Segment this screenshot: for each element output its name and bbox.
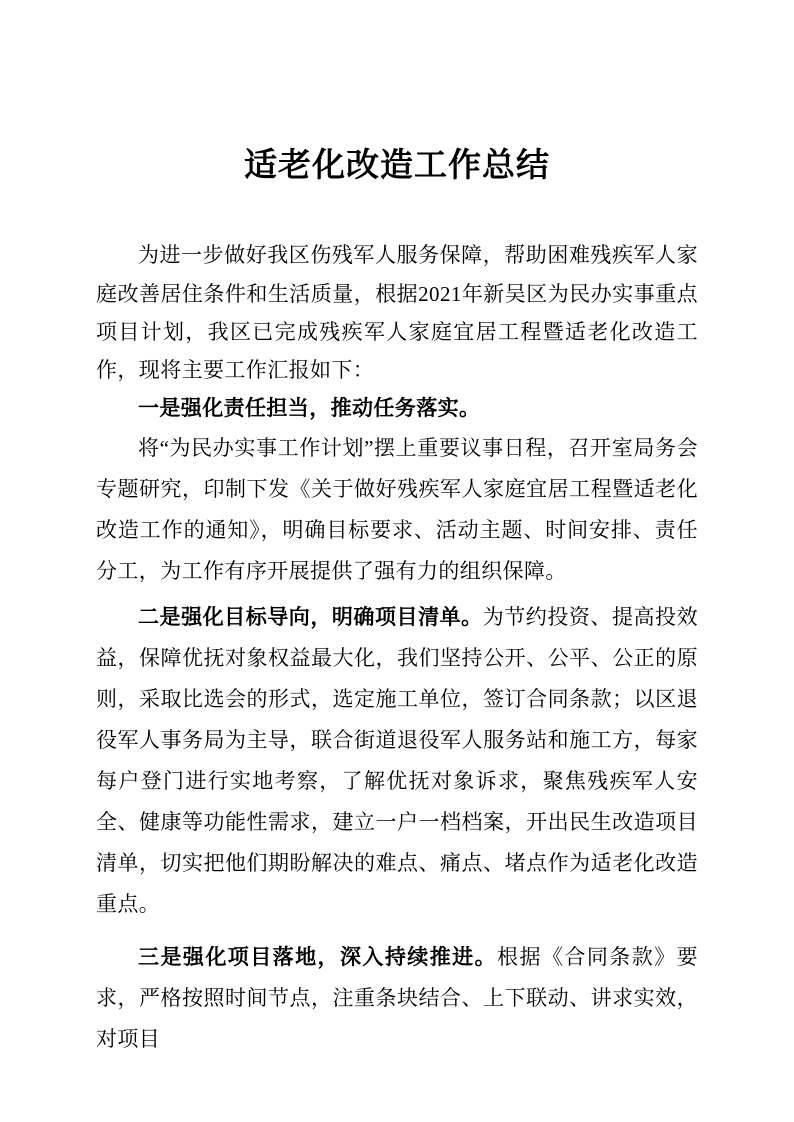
paragraph-text: 为节约投资、提高投效益，保障优抚对象权益最大化，我们坚持公开、公平、公正的原则，… bbox=[96, 605, 698, 916]
document-title: 适老化改造工作总结 bbox=[96, 142, 698, 188]
section-heading: 一是强化责任担当，推动任务落实。 bbox=[96, 389, 698, 428]
paragraph: 三是强化项目落地，深入持续推进。根据《合同条款》要求，严格按照时间节点，注重条块… bbox=[96, 937, 698, 1060]
document-page: 适老化改造工作总结 为进一步做好我区伤残军人服务保障，帮助困难残疾军人家庭改善居… bbox=[0, 0, 794, 1122]
paragraph-text: 将“为民办实事工作计划”摆上重要议事日程，召开室局务会专题研究，印制下发《关于做… bbox=[96, 436, 698, 583]
section-lead: 三是强化项目落地，深入持续推进。 bbox=[138, 946, 497, 969]
section-lead: 二是强化目标导向，明确项目清单。 bbox=[138, 606, 483, 629]
paragraph: 将“为民办实事工作计划”摆上重要议事日程，召开室局务会专题研究，印制下发《关于做… bbox=[96, 428, 698, 592]
paragraph: 为进一步做好我区伤残军人服务保障，帮助困难残疾军人家庭改善居住条件和生活质量，根… bbox=[96, 236, 698, 389]
paragraph-text: 为进一步做好我区伤残军人服务保障，帮助困难残疾军人家庭改善居住条件和生活质量，根… bbox=[96, 243, 698, 382]
paragraph: 二是强化目标导向，明确项目清单。为节约投资、提高投效益，保障优抚对象权益最大化，… bbox=[96, 597, 698, 925]
section-heading-lead: 一是强化责任担当，推动任务落实。 bbox=[138, 397, 480, 420]
